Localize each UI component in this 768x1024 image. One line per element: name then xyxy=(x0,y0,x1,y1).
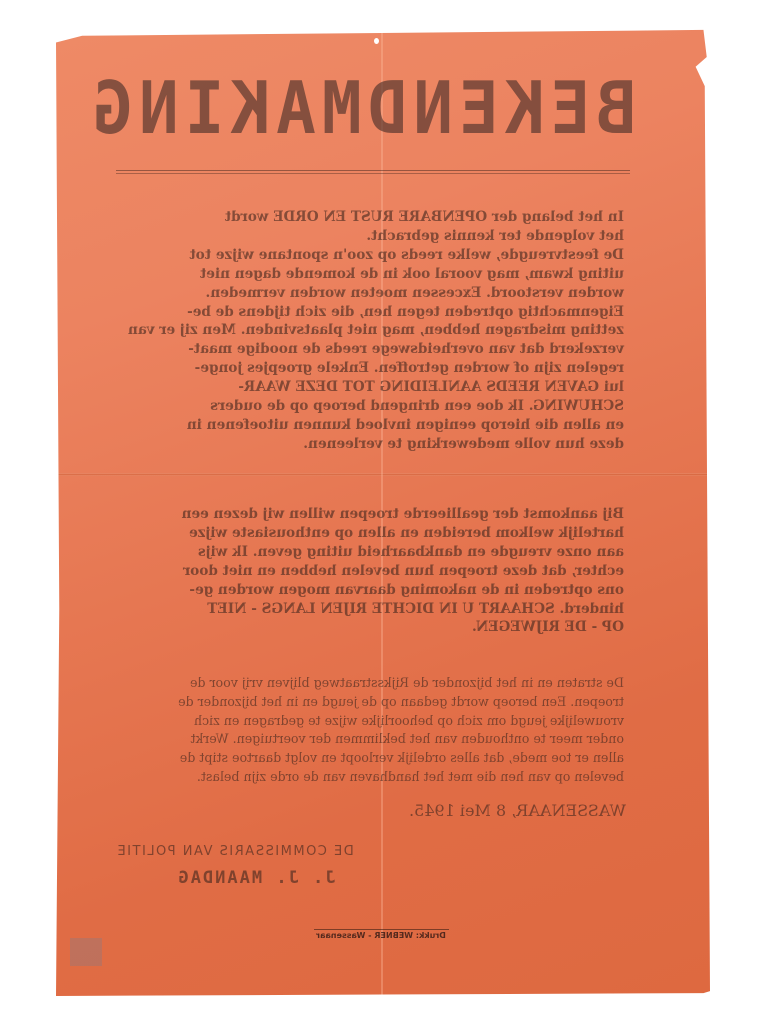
text-line: verzekerd dat van overheidswege reeds de… xyxy=(116,340,624,359)
printer-imprint: Drukk: WEBNER - Wassenaar xyxy=(296,931,466,940)
text-line: worden verstoord. Excessen moeten worden… xyxy=(116,284,624,303)
text-line: hinderd. SCHAART U IN DICHTE RIJEN LANGS… xyxy=(116,600,624,619)
text-line: OP - DE RIJWEGEN. xyxy=(116,618,624,637)
poster-sheet: BEKENDMAKING In het belang der OPENBARE … xyxy=(56,28,710,996)
text-line: SCHUWING. Ik doe een dringend beroep op … xyxy=(116,397,624,416)
tape-stain xyxy=(70,938,102,966)
text-line: echter, dat deze troepen hun bevelen heb… xyxy=(116,562,624,581)
text-line: het volgende ter kennis gebracht. xyxy=(116,227,624,246)
text-line: onder meer te onthouden van het beklimme… xyxy=(116,730,624,749)
signatory-office: DE COMMISSARIS VAN POLITIE xyxy=(116,844,406,859)
title-underline xyxy=(116,170,630,174)
text-line: deze hun volle medewerking te verleenen. xyxy=(116,435,624,454)
text-line: hartelijk welkom bereiden en allen op en… xyxy=(116,524,624,543)
horizontal-fold xyxy=(56,473,710,476)
pin-hole xyxy=(374,38,379,44)
text-line: zetting misdragen hebben, mag niet plaat… xyxy=(116,321,624,340)
text-line: bevelen op van hen die met het handhaven… xyxy=(116,768,624,787)
paragraph-order: In het belang der OPENBARE RUST EN ORDE … xyxy=(116,208,624,454)
text-line: De straten en in het bijzonder de Rijkss… xyxy=(116,674,624,693)
text-line: De feestvreugde, welke reeds op zoo'n sp… xyxy=(116,246,624,265)
printer-rule xyxy=(314,929,449,930)
text-line: aan onze vreugde en dankbaarheid uiting … xyxy=(116,543,624,562)
text-line: Bij aankomst der geallieerde troepen wil… xyxy=(116,505,624,524)
text-line: en allen die hierop eenigen invloed kunn… xyxy=(116,416,624,435)
poster-title: BEKENDMAKING xyxy=(116,73,636,146)
text-line: lui GAVEN REEDS AANLEIDING TOT DEZE WAAR… xyxy=(116,378,624,397)
text-line: regelen zijn of worden getroffen. Enkele… xyxy=(116,359,624,378)
text-line: In het belang der OPENBARE RUST EN ORDE … xyxy=(116,208,624,227)
text-line: allen er toe mede, dat alles ordelijk ve… xyxy=(116,749,624,768)
text-line: vrouwelijke jeugd om zich op behoorlijke… xyxy=(116,712,624,731)
place-date: WASSENAAR, 8 Mei 1945. xyxy=(346,801,626,820)
text-line: ons optreden in de nakoming daarvan moge… xyxy=(116,581,624,600)
paragraph-welcome: Bij aankomst der geallieerde troepen wil… xyxy=(116,505,624,637)
text-line: Eigenmachtig optreden tegen hen, die zic… xyxy=(116,303,624,322)
signatory-name: J. J. MAANDAG xyxy=(156,868,356,888)
paragraph-streets: De straten en in het bijzonder de Rijkss… xyxy=(116,674,624,787)
text-line: uiting kwam, mag vooral ook in de komend… xyxy=(116,265,624,284)
text-line: troepen. Een beroep wordt gedaan op de j… xyxy=(116,693,624,712)
